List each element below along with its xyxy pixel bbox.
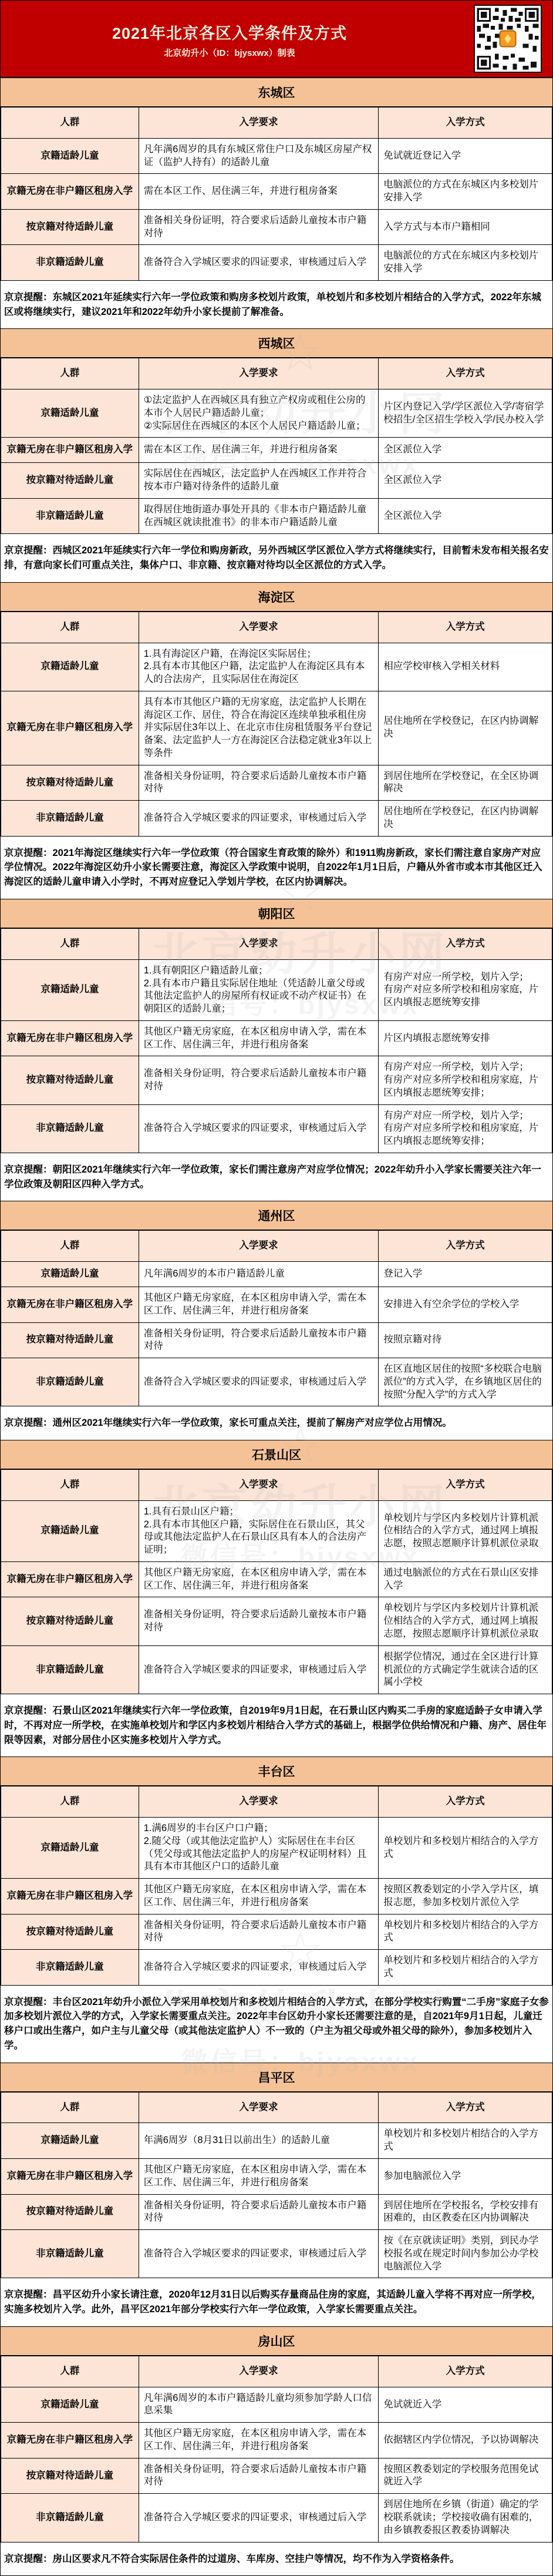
district-table: 人群 入学要求 入学方式 京籍适龄儿童1.满6周岁的丰台区户口户籍；2.随父母（…: [1, 1786, 552, 1985]
table-row: 非京籍适龄儿童准备符合入学城区要求的四证要求，审核通过后入学居住地所在学校登记，…: [1, 801, 552, 837]
col-header-method: 入学方式: [379, 358, 552, 389]
method-cell: 有房产对应一所学校，划片入学；有房产对应多所学校和租房家庭，片区内填报志愿统筹安…: [379, 1056, 552, 1104]
group-cell: 非京籍适龄儿童: [1, 1104, 139, 1153]
group-cell: 非京籍适龄儿童: [1, 2494, 139, 2542]
group-cell: 按京籍对待适龄儿童: [1, 1914, 139, 1950]
table-row: 京籍无房在非户籍区租房入学其他区户籍无房家庭，在本区租房申请入学，需在本区工作、…: [1, 2159, 552, 2195]
req-cell: 凡年满6周岁的本市户籍适龄儿童均须参加学龄人口信息采集: [139, 2387, 378, 2423]
district-title: 昌平区: [1, 2063, 552, 2092]
page-subtitle: 北京幼升小（ID：bjysxwx）制表: [1, 46, 458, 59]
district-section-chaoyang: 朝阳区 人群 入学要求 入学方式 京籍适龄儿童1.具有朝阳区户籍适龄儿童；2.具…: [1, 899, 552, 1201]
district-section-xicheng: 西城区 人群 入学要求 入学方式 京籍适龄儿童①法定监护人在西城区具有独立产权房…: [1, 328, 552, 582]
district-note: 京京提醒：房山区要求凡不符合实际居住条件的过道房、车库房、空挂户等情况，均不作为…: [1, 2543, 552, 2576]
method-cell: 片区内填报志愿统筹安排: [379, 1020, 552, 1056]
district-table: 人群 入学要求 入学方式 京籍适龄儿童1.具有石景山区户籍；2.具有本市其他区户…: [1, 1469, 552, 1694]
district-section-fangshan: 房山区 人群 入学要求 入学方式 京籍适龄儿童凡年满6周岁的本市户籍适龄儿童均须…: [1, 2326, 552, 2575]
method-cell: 安排进入有空余学位的学校入学: [379, 1287, 552, 1322]
col-header-group: 人群: [1, 358, 139, 389]
req-cell: 准备符合入学城区要求的四证要求，审核通过后入学: [139, 2230, 378, 2278]
req-cell: 其他区户籍无房家庭，在本区租房申请入学，需在本区工作、居住满三年，并进行租房备案: [139, 2423, 378, 2459]
req-cell: 准备符合入学城区要求的四证要求，审核通过后入学: [139, 1104, 378, 1153]
district-table: 人群 入学要求 入学方式 京籍适龄儿童1.具有朝阳区户籍适龄儿童；2.具有本市户…: [1, 928, 552, 1153]
group-cell: 京籍无房在非户籍区租房入学: [1, 1561, 139, 1597]
table-row: 按京籍对待适龄儿童准备相关身份证明，符合要求后适龄儿童按本市户籍对待单校划片和多…: [1, 1914, 552, 1950]
req-cell: 准备符合入学城区要求的四证要求，审核通过后入学: [139, 1950, 378, 1986]
group-cell: 京籍无房在非户籍区租房入学: [1, 1287, 139, 1322]
district-title: 东城区: [1, 78, 552, 107]
group-cell: 按京籍对待适龄儿童: [1, 2458, 139, 2494]
req-cell: 需在本区工作、居住满三年，并进行租房备案: [139, 174, 378, 210]
col-header-group: 人群: [1, 928, 139, 959]
method-cell: 通过电脑派位的方式在石景山区安排入学: [379, 1561, 552, 1597]
table-row: 按京籍对待适龄儿童准备相关身份证明，符合要求后适龄儿童按本市户籍对待有房产对应一…: [1, 1056, 552, 1104]
table-row: 非京籍适龄儿童准备符合入学城区要求的四证要求，审核通过后入学有房产对应一所学校，…: [1, 1104, 552, 1153]
req-cell: 其他区户籍无房家庭，在本区租房申请入学，需在本区工作、居住满三年，并进行租房备案: [139, 1561, 378, 1597]
req-cell: 准备符合入学城区要求的四证要求，审核通过后入学: [139, 245, 378, 281]
table-header-row: 人群 入学要求 入学方式: [1, 612, 552, 643]
district-section-fengtai: 丰台区 人群 入学要求 入学方式 京籍适龄儿童1.满6周岁的丰台区户口户籍；2.…: [1, 1756, 552, 2062]
col-header-group: 人群: [1, 1470, 139, 1501]
req-cell: 1.具有石景山区户籍；2.具有本市其他区户籍，实际居住在石景山区，其父母或其他法…: [139, 1500, 378, 1561]
req-cell: 实际居住在西城区，法定监护人在西城区工作并符合按本市户籍对待条件的适龄儿童: [139, 463, 378, 499]
group-cell: 按京籍对待适龄儿童: [1, 765, 139, 801]
district-table: 人群 入学要求 入学方式 京籍适龄儿童年满6周岁（8月31日以前出生）的适龄儿童…: [1, 2092, 552, 2279]
col-header-method: 入学方式: [379, 928, 552, 959]
method-cell: 在区直地区居住的按照“多校联合电脑派位”的方式入学，在乡镇地区居住的按照“分配入…: [379, 1358, 552, 1406]
method-cell: 相应学校审核入学相关材料: [379, 643, 552, 691]
col-header-group: 人群: [1, 612, 139, 643]
group-cell: 京籍适龄儿童: [1, 389, 139, 438]
district-note: 京京提醒：朝阳区2021年继续实行六年一学位政策，家长们需注意房产对应学位情况；…: [1, 1153, 552, 1201]
table-header-row: 人群 入学要求 入学方式: [1, 358, 552, 389]
col-header-requirement: 入学要求: [139, 2092, 378, 2123]
table-row: 京籍适龄儿童凡年满6周岁的具有东城区常住户口及东城区房屋产权证（监护人持有）的适…: [1, 138, 552, 174]
req-cell: ①法定监护人在西城区具有独立产权房或租住公房的本市个人居民户籍适龄儿童；②实际居…: [139, 389, 378, 438]
table-row: 按京籍对待适龄儿童准备相关身份证明，符合要求后适龄儿童按本市户籍对待按照区教委划…: [1, 2458, 552, 2494]
group-cell: 按京籍对待适龄儿童: [1, 1056, 139, 1104]
req-cell: 其他区户籍无房家庭，在本区租房申请入学，需在本区工作、居住满三年，并进行租房备案: [139, 1287, 378, 1322]
group-cell: 按京籍对待适龄儿童: [1, 1322, 139, 1358]
req-cell: 准备符合入学城区要求的四证要求，审核通过后入学: [139, 1358, 378, 1406]
table-row: 按京籍对待适龄儿童准备相关身份证明，符合要求后适龄儿童按本市户籍对待到居住地所在…: [1, 2194, 552, 2230]
method-cell: 依据辖区内学位情况，予以协调解决: [379, 2423, 552, 2459]
table-header-row: 人群 入学要求 入学方式: [1, 928, 552, 959]
col-header-requirement: 入学要求: [139, 2356, 378, 2387]
method-cell: 片区内登记入学/学区派位入学/寄宿学校招生/全区招生学校入学/民办校入学: [379, 389, 552, 438]
req-cell: 准备相关身份证明，符合要求后适龄儿童按本市户籍对待: [139, 209, 378, 245]
group-cell: 京籍适龄儿童: [1, 1818, 139, 1879]
table-row: 非京籍适龄儿童准备符合入学城区要求的四证要求，审核通过后入学单校划片和多校划片相…: [1, 1950, 552, 1986]
district-section-haidian: 海淀区 人群 入学要求 入学方式 京籍适龄儿童1.具有海淀区户籍，在海淀区实际居…: [1, 582, 552, 899]
qr-code-image: [475, 6, 541, 72]
req-cell: 准备相关身份证明，符合要求后适龄儿童按本市户籍对待: [139, 765, 378, 801]
method-cell: 入学方式与本市户籍相同: [379, 209, 552, 245]
qr-code: [474, 5, 542, 73]
req-cell: 凡年满6周岁的本市户籍适龄儿童: [139, 1262, 378, 1287]
group-cell: 按京籍对待适龄儿童: [1, 2194, 139, 2230]
method-cell: 单校划片与学区内多校划片计算机派位相结合的入学方式，通过网上填报志愿，按照志愿顺…: [379, 1597, 552, 1645]
col-header-requirement: 入学要求: [139, 1786, 378, 1818]
district-note: 京京提醒：2021年海淀区继续实行六年一学位政策（符合国家生育政策的除外）和19…: [1, 837, 552, 899]
table-row: 按京籍对待适龄儿童准备相关身份证明，符合要求后适龄儿童按本市户籍对待入学方式与本…: [1, 209, 552, 245]
req-cell: 准备符合入学城区要求的四证要求，审核通过后入学: [139, 2494, 378, 2542]
district-title: 西城区: [1, 329, 552, 358]
table-header-row: 人群 入学要求 入学方式: [1, 2356, 552, 2387]
table-row: 按京籍对待适龄儿童实际居住在西城区，法定监护人在西城区工作并符合按本市户籍对待条…: [1, 463, 552, 499]
method-cell: 按照区教委划定的学校服务范围免试就近入学: [379, 2458, 552, 2494]
group-cell: 京籍无房在非户籍区租房入学: [1, 1879, 139, 1915]
district-table: 人群 入学要求 入学方式 京籍适龄儿童1.具有海淀区户籍，在海淀区实际居住；2.…: [1, 612, 552, 837]
group-cell: 京籍适龄儿童: [1, 959, 139, 1020]
method-cell: 免试就近入学: [379, 2387, 552, 2423]
district-title: 房山区: [1, 2327, 552, 2356]
req-cell: 1.具有海淀区户籍，在海淀区实际居住；2.具有本市其他区户籍，法定监护人在海淀区…: [139, 643, 378, 691]
group-cell: 按京籍对待适龄儿童: [1, 463, 139, 499]
req-cell: 取得居住地街道办事处开具的《非本市户籍适龄儿童在西城区就读批准书》的非本市户籍适…: [139, 498, 378, 534]
col-header-requirement: 入学要求: [139, 358, 378, 389]
table-row: 京籍适龄儿童1.满6周岁的丰台区户口户籍；2.随父母（或其他法定监护人）实际居住…: [1, 1818, 552, 1879]
table-row: 非京籍适龄儿童取得居住地街道办事处开具的《非本市户籍适龄儿童在西城区就读批准书》…: [1, 498, 552, 534]
method-cell: 单校划片和多校划片相结合的入学方式: [379, 1950, 552, 1986]
method-cell: 电脑派位的方式在东城区内多校划片安排入学: [379, 174, 552, 210]
col-header-method: 入学方式: [379, 1231, 552, 1262]
table-row: 京籍无房在非户籍区租房入学需在本区工作、居住满三年，并进行租房备案电脑派位的方式…: [1, 174, 552, 210]
group-cell: 京籍适龄儿童: [1, 643, 139, 691]
table-row: 京籍适龄儿童1.具有海淀区户籍，在海淀区实际居住；2.具有本市其他区户籍，法定监…: [1, 643, 552, 691]
req-cell: 准备相关身份证明，符合要求后适龄儿童按本市户籍对待: [139, 1322, 378, 1358]
group-cell: 非京籍适龄儿童: [1, 498, 139, 534]
col-header-group: 人群: [1, 1786, 139, 1818]
district-table: 人群 入学要求 入学方式 京籍适龄儿童凡年满6周岁的本市户籍适龄儿童登记入学京籍…: [1, 1230, 552, 1406]
table-row: 京籍适龄儿童年满6周岁（8月31日以前出生）的适龄儿童单校划片和多校划片相结合的…: [1, 2123, 552, 2159]
district-table: 人群 入学要求 入学方式 京籍适龄儿童凡年满6周岁的具有东城区常住户口及东城区房…: [1, 107, 552, 281]
group-cell: 京籍无房在非户籍区租房入学: [1, 2159, 139, 2195]
method-cell: 单校划片与学区内多校划片计算机派位相结合的入学方式，通过网上填报志愿，按照志愿顺…: [379, 1500, 552, 1561]
group-cell: 京籍适龄儿童: [1, 1500, 139, 1561]
group-cell: 京籍适龄儿童: [1, 138, 139, 174]
method-cell: 单校划片和多校划片相结合的入学方式: [379, 1818, 552, 1879]
table-row: 京籍无房在非户籍区租房入学其他区户籍无房家庭，在本区租房申请入学，需在本区工作、…: [1, 2423, 552, 2459]
method-cell: 根据学位情况，通过在全区进行计算机派位的方式确定学生就读合适的区属小学校: [379, 1645, 552, 1694]
group-cell: 京籍无房在非户籍区租房入学: [1, 174, 139, 210]
method-cell: 按《在京就读证明》类别，到民办学校报名或在规定时间内参加公办学校电脑派位入学: [379, 2230, 552, 2278]
table-row: 非京籍适龄儿童准备符合入学城区要求的四证要求，审核通过后入学按《在京就读证明》类…: [1, 2230, 552, 2278]
col-header-method: 入学方式: [379, 2356, 552, 2387]
group-cell: 非京籍适龄儿童: [1, 1358, 139, 1406]
method-cell: 参加电脑派位入学: [379, 2159, 552, 2195]
table-row: 按京籍对待适龄儿童准备相关身份证明，符合要求后适龄儿童按本市户籍对待按照京籍对待: [1, 1322, 552, 1358]
req-cell: 准备相关身份证明，符合要求后适龄儿童按本市户籍对待: [139, 2458, 378, 2494]
group-cell: 非京籍适龄儿童: [1, 1645, 139, 1694]
req-cell: 凡年满6周岁的具有东城区常住户口及东城区房屋产权证（监护人持有）的适龄儿童: [139, 138, 378, 174]
method-cell: 单校划片和多校划片相结合的入学方式: [379, 2123, 552, 2159]
group-cell: 京籍适龄儿童: [1, 1262, 139, 1287]
table-row: 京籍适龄儿童凡年满6周岁的本市户籍适龄儿童登记入学: [1, 1262, 552, 1287]
method-cell: 有房产对应一所学校，划片入学；有房产对应多所学校和租房家庭，片区内填报志愿统筹安…: [379, 1104, 552, 1153]
district-section-shijingshan: 石景山区 人群 入学要求 入学方式 京籍适龄儿童1.具有石景山区户籍；2.具有本…: [1, 1440, 552, 1756]
table-row: 非京籍适龄儿童准备符合入学城区要求的四证要求，审核通过后入学在区直地区居住的按照…: [1, 1358, 552, 1406]
req-cell: 1.满6周岁的丰台区户口户籍；2.随父母（或其他法定监护人）实际居住在丰台区（凭…: [139, 1818, 378, 1879]
method-cell: 到居住地所在学校报名，学校安排有困难的，由区教委在区内协调解决: [379, 2194, 552, 2230]
col-header-method: 入学方式: [379, 1470, 552, 1501]
req-cell: 其他区户籍无房家庭，在本区租房申请入学，需在本区工作、居住满三年，并进行租房备案: [139, 1879, 378, 1915]
table-row: 京籍无房在非户籍区租房入学具有本市其他区户籍的无房家庭，法定监护人长期在海淀区工…: [1, 691, 552, 765]
method-cell: 到居住地所在学校登记，在全区协调解决: [379, 765, 552, 801]
req-cell: 1.具有朝阳区户籍适龄儿童；2.具有本市户籍且实际居住地址（凭适龄儿童父母或其他…: [139, 959, 378, 1020]
table-row: 京籍适龄儿童1.具有朝阳区户籍适龄儿童；2.具有本市户籍且实际居住地址（凭适龄儿…: [1, 959, 552, 1020]
req-cell: 准备相关身份证明，符合要求后适龄儿童按本市户籍对待: [139, 1914, 378, 1950]
group-cell: 非京籍适龄儿童: [1, 801, 139, 837]
district-note: 京京提醒：石景山区2021年继续实行六年一学位政策，自2019年9月1日起，在石…: [1, 1694, 552, 1756]
title-banner: 2021年北京各区入学条件及方式 北京幼升小（ID：bjysxwx）制表: [1, 1, 552, 78]
table-row: 非京籍适龄儿童准备符合入学城区要求的四证要求，审核通过后入学到居住地所在乡镇（街…: [1, 2494, 552, 2542]
req-cell: 需在本区工作、居住满三年，并进行租房备案: [139, 438, 378, 463]
district-section-changping: 昌平区 人群 入学要求 入学方式 京籍适龄儿童年满6周岁（8月31日以前出生）的…: [1, 2063, 552, 2326]
group-cell: 京籍无房在非户籍区租房入学: [1, 438, 139, 463]
group-cell: 京籍无房在非户籍区租房入学: [1, 2423, 139, 2459]
district-note: 京京提醒：东城区2021年延续实行六年一学位政策和购房多校划片政策，单校划片和多…: [1, 281, 552, 329]
col-header-requirement: 入学要求: [139, 1470, 378, 1501]
req-cell: 准备相关身份证明，符合要求后适龄儿童按本市户籍对待: [139, 2194, 378, 2230]
group-cell: 京籍无房在非户籍区租房入学: [1, 691, 139, 765]
district-title: 丰台区: [1, 1757, 552, 1786]
table-header-row: 人群 入学要求 入学方式: [1, 1786, 552, 1818]
col-header-group: 人群: [1, 2356, 139, 2387]
col-header-group: 人群: [1, 2092, 139, 2123]
method-cell: 到居住地所在乡镇（街道）确定的学校联系就读；学校接收确有困难的，由乡镇教委报区教…: [379, 2494, 552, 2542]
infographic-page: 2021年北京各区入学条件及方式 北京幼升小（ID：bjysxwx）制表: [0, 0, 553, 2576]
district-note: 京京提醒：昌平区幼升小家长请注意，2020年12月31日以后购买存量商品住房的家…: [1, 2278, 552, 2326]
district-title: 通州区: [1, 1201, 552, 1230]
method-cell: 全区派位入学: [379, 463, 552, 499]
col-header-requirement: 入学要求: [139, 108, 378, 139]
req-cell: 准备相关身份证明，符合要求后适龄儿童按本市户籍对待: [139, 1597, 378, 1645]
method-cell: 按照京籍对待: [379, 1322, 552, 1358]
district-note: 京京提醒：丰台区2021年幼升小派位入学采用单校划片和多校划片相结合的入学方式，…: [1, 1986, 552, 2063]
table-row: 按京籍对待适龄儿童准备相关身份证明，符合要求后适龄儿童按本市户籍对待到居住地所在…: [1, 765, 552, 801]
method-cell: 全区派位入学: [379, 438, 552, 463]
method-cell: 按照区教委划定的小学入学片区，填报志愿，参加多校划片派位入学: [379, 1879, 552, 1915]
table-row: 按京籍对待适龄儿童准备相关身份证明，符合要求后适龄儿童按本市户籍对待单校划片与学…: [1, 1597, 552, 1645]
table-header-row: 人群 入学要求 入学方式: [1, 1231, 552, 1262]
table-row: 京籍无房在非户籍区租房入学其他区户籍无房家庭，在本区租房申请入学，需在本区工作、…: [1, 1020, 552, 1056]
table-row: 京籍无房在非户籍区租房入学其他区户籍无房家庭，在本区租房申请入学，需在本区工作、…: [1, 1879, 552, 1915]
col-header-method: 入学方式: [379, 612, 552, 643]
district-title: 海淀区: [1, 583, 552, 612]
method-cell: 免试就近登记入学: [379, 138, 552, 174]
district-note: 京京提醒：西城区2021年延续实行六年一学位和购房新政，另外西城区学区派位入学方…: [1, 534, 552, 582]
method-cell: 居住地所在学校登记，在区内协调解决: [379, 801, 552, 837]
district-table: 人群 入学要求 入学方式 京籍适龄儿童①法定监护人在西城区具有独立产权房或租住公…: [1, 358, 552, 534]
method-cell: 全区派位入学: [379, 498, 552, 534]
col-header-requirement: 入学要求: [139, 1231, 378, 1262]
req-cell: 其他区户籍无房家庭，在本区租房申请入学，需在本区工作、居住满三年，并进行租房备案: [139, 2159, 378, 2195]
method-cell: 有房产对应一所学校，划片入学；有房产对应多所学校和租房家庭，片区内填报志愿统筹安…: [379, 959, 552, 1020]
method-cell: 居住地所在学校登记，在区内协调解决: [379, 691, 552, 765]
method-cell: 登记入学: [379, 1262, 552, 1287]
col-header-requirement: 入学要求: [139, 928, 378, 959]
group-cell: 非京籍适龄儿童: [1, 1950, 139, 1986]
page-title: 2021年北京各区入学条件及方式: [1, 21, 458, 43]
table-row: 京籍适龄儿童凡年满6周岁的本市户籍适龄儿童均须参加学龄人口信息采集免试就近入学: [1, 2387, 552, 2423]
group-cell: 非京籍适龄儿童: [1, 245, 139, 281]
col-header-method: 入学方式: [379, 1786, 552, 1818]
district-section-dongcheng: 东城区 人群 入学要求 入学方式 京籍适龄儿童凡年满6周岁的具有东城区常住户口及…: [1, 78, 552, 328]
col-header-method: 入学方式: [379, 2092, 552, 2123]
req-cell: 准备符合入学城区要求的四证要求，审核通过后入学: [139, 1645, 378, 1694]
method-cell: 电脑派位的方式在东城区内多校划片安排入学: [379, 245, 552, 281]
table-header-row: 人群 入学要求 入学方式: [1, 2092, 552, 2123]
district-title: 朝阳区: [1, 899, 552, 928]
district-section-tongzhou: 通州区 人群 入学要求 入学方式 京籍适龄儿童凡年满6周岁的本市户籍适龄儿童登记…: [1, 1201, 552, 1440]
col-header-group: 人群: [1, 1231, 139, 1262]
col-header-method: 入学方式: [379, 108, 552, 139]
table-row: 非京籍适龄儿童准备符合入学城区要求的四证要求，审核通过后入学根据学位情况，通过在…: [1, 1645, 552, 1694]
req-cell: 年满6周岁（8月31日以前出生）的适龄儿童: [139, 2123, 378, 2159]
col-header-group: 人群: [1, 108, 139, 139]
table-row: 非京籍适龄儿童准备符合入学城区要求的四证要求，审核通过后入学电脑派位的方式在东城…: [1, 245, 552, 281]
table-header-row: 人群 入学要求 入学方式: [1, 1470, 552, 1501]
table-row: 京籍无房在非户籍区租房入学其他区户籍无房家庭，在本区租房申请入学，需在本区工作、…: [1, 1561, 552, 1597]
group-cell: 按京籍对待适龄儿童: [1, 1597, 139, 1645]
req-cell: 准备符合入学城区要求的四证要求，审核通过后入学: [139, 801, 378, 837]
group-cell: 按京籍对待适龄儿童: [1, 209, 139, 245]
group-cell: 非京籍适龄儿童: [1, 2230, 139, 2278]
district-table: 人群 入学要求 入学方式 京籍适龄儿童凡年满6周岁的本市户籍适龄儿童均须参加学龄…: [1, 2356, 552, 2543]
req-cell: 准备相关身份证明，符合要求后适龄儿童按本市户籍对待: [139, 1056, 378, 1104]
district-title: 石景山区: [1, 1440, 552, 1469]
table-row: 京籍适龄儿童①法定监护人在西城区具有独立产权房或租住公房的本市个人居民户籍适龄儿…: [1, 389, 552, 438]
table-row: 京籍无房在非户籍区租房入学需在本区工作、居住满三年，并进行租房备案全区派位入学: [1, 438, 552, 463]
col-header-requirement: 入学要求: [139, 612, 378, 643]
group-cell: 京籍适龄儿童: [1, 2387, 139, 2423]
table-row: 京籍无房在非户籍区租房入学其他区户籍无房家庭，在本区租房申请入学，需在本区工作、…: [1, 1287, 552, 1322]
table-row: 京籍适龄儿童1.具有石景山区户籍；2.具有本市其他区户籍，实际居住在石景山区，其…: [1, 1500, 552, 1561]
district-note: 京京提醒：通州区2021年继续实行六年一学位政策，家长可重点关注，提前了解房产对…: [1, 1406, 552, 1440]
table-header-row: 人群 入学要求 入学方式: [1, 108, 552, 139]
method-cell: 单校划片和多校划片相结合的入学方式: [379, 1914, 552, 1950]
districts-container: 东城区 人群 入学要求 入学方式 京籍适龄儿童凡年满6周岁的具有东城区常住户口及…: [1, 78, 552, 2575]
group-cell: 京籍无房在非户籍区租房入学: [1, 1020, 139, 1056]
req-cell: 其他区户籍无房家庭，在本区租房申请入学，需在本区工作、居住满三年，并进行租房备案: [139, 1020, 378, 1056]
group-cell: 京籍适龄儿童: [1, 2123, 139, 2159]
req-cell: 具有本市其他区户籍的无房家庭，法定监护人长期在海淀区工作、居住，符合在海淀区连续…: [139, 691, 378, 765]
